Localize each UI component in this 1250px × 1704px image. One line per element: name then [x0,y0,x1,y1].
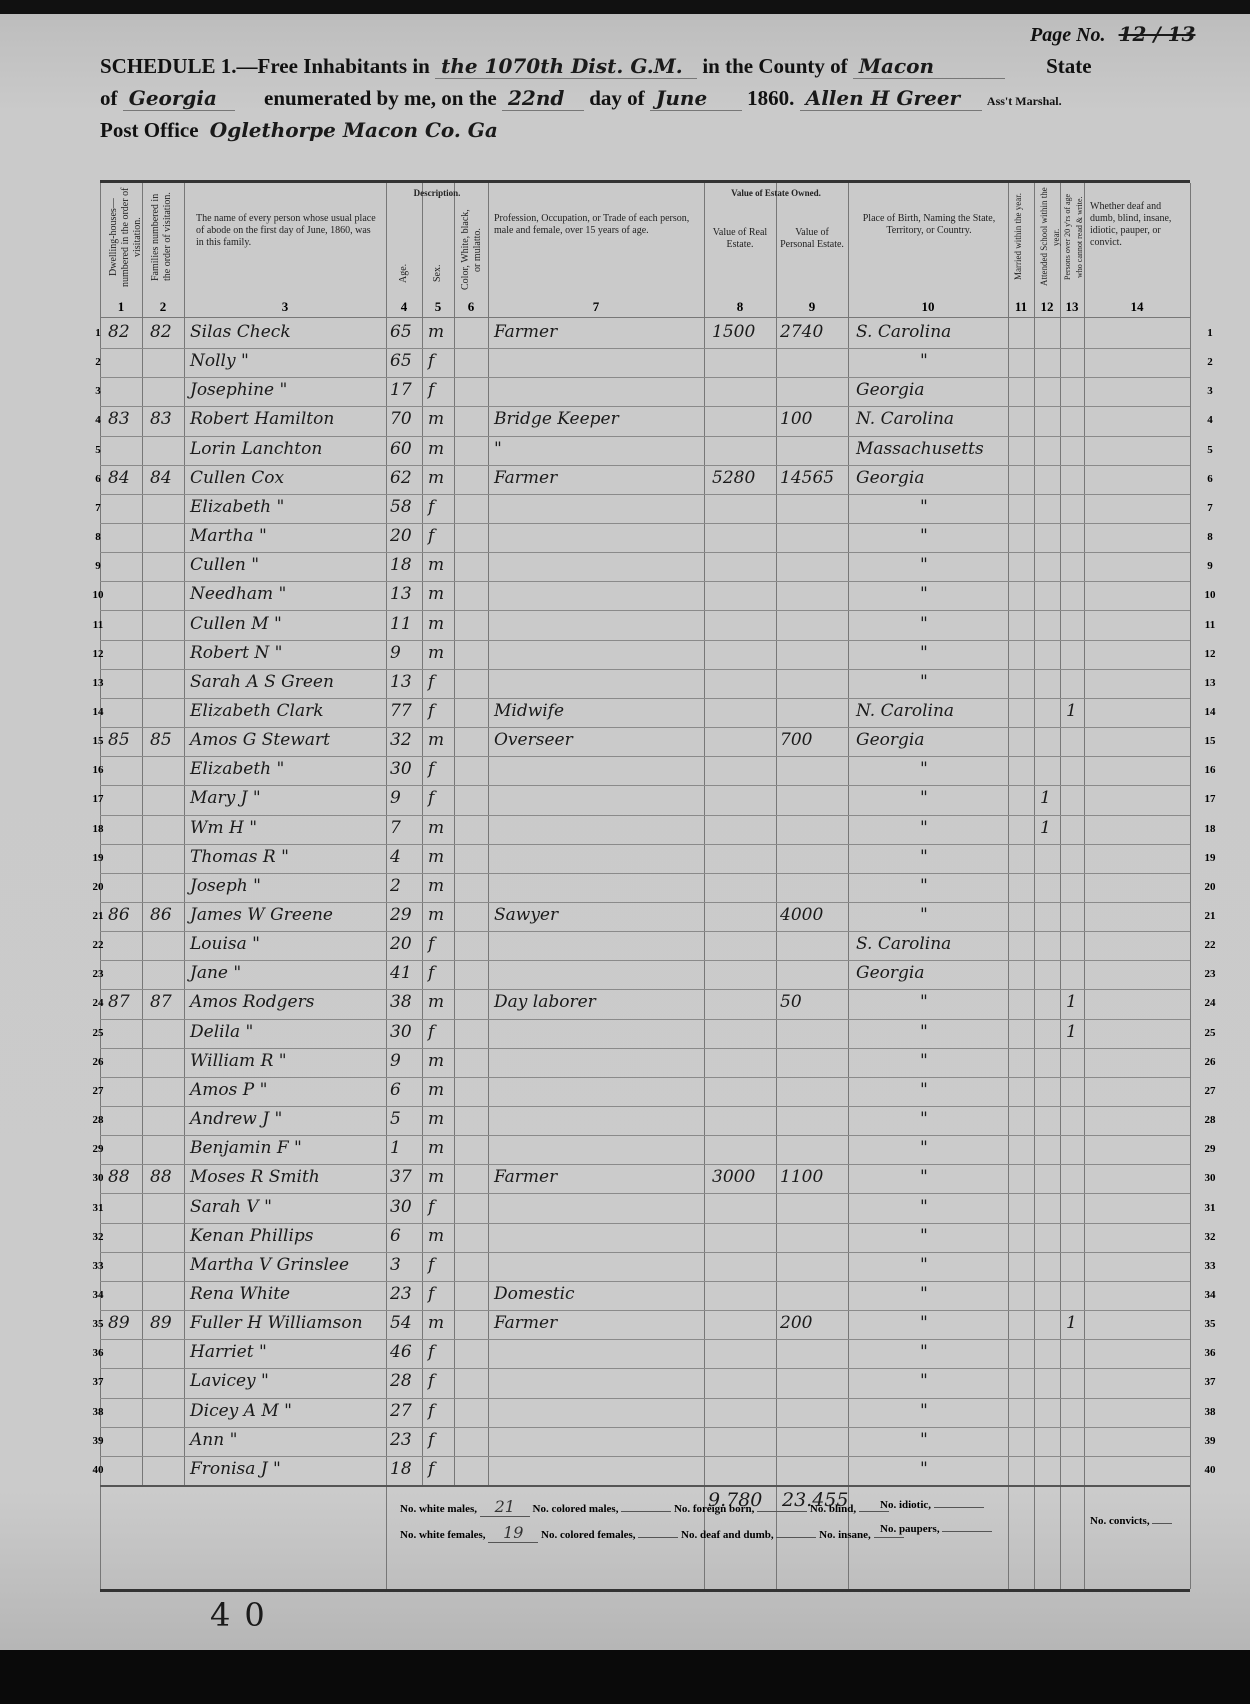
table-row: 30308888Moses R Smith37mFarmer30001100" [100,1164,1190,1194]
col-header-occupation: Profession, Occupation, or Trade of each… [494,213,698,237]
sex-cell: m [428,584,444,604]
line-number-right: 20 [1200,881,1220,893]
table-row: 3333Martha V Grinslee3f" [100,1252,1190,1282]
name-cell: Dicey A M " [190,1401,292,1421]
name-cell: Jane " [190,963,241,983]
illiterate-cell: 1 [1066,1313,1077,1333]
name-cell: Kenan Phillips [190,1226,313,1246]
state-field: Georgia [123,86,235,111]
line-number-left: 15 [88,735,108,747]
table-row: 2626William R "9m" [100,1048,1190,1078]
personal-estate-cell: 200 [780,1313,812,1333]
birthplace-cell: " [920,759,928,779]
name-cell: Lavicey " [190,1371,269,1391]
sex-cell: f [428,934,434,954]
name-cell: Martha " [190,526,267,546]
sex-cell: f [428,380,434,400]
paupers-value [942,1531,992,1532]
line-number-left: 40 [88,1464,108,1476]
day-of-label: day of [589,86,644,110]
line-number-right: 31 [1200,1202,1220,1214]
group-header-estate: Value of Estate Owned. [706,187,846,199]
convicts-label: No. convicts, [1090,1515,1150,1527]
table-row: 1919Thomas R "4m" [100,844,1190,874]
line-number-right: 39 [1200,1435,1220,1447]
sex-cell: m [428,1109,444,1129]
birthplace-cell: " [920,614,928,634]
line-number-left: 9 [88,560,108,572]
sex-cell: f [428,497,434,517]
name-cell: Mary J " [190,788,261,808]
asst-marshal-label: Ass't Marshal. [987,94,1062,108]
line-number-left: 8 [88,531,108,543]
table-row: 2525Delila "30f"1 [100,1019,1190,1049]
line-number-right: 18 [1200,823,1220,835]
birthplace-cell: " [920,1051,928,1071]
sex-cell: m [428,1051,444,1071]
sex-cell: m [428,847,444,867]
age-cell: 30 [390,1197,412,1217]
line-number-right: 5 [1200,444,1220,456]
sex-cell: m [428,555,444,575]
line-number-left: 17 [88,793,108,805]
family-cell: 86 [150,905,172,925]
age-cell: 6 [390,1226,401,1246]
col-header-personal-estate: Value of Personal Estate. [778,227,846,251]
birthplace-cell: N. Carolina [856,409,954,429]
col-num: 7 [488,299,704,315]
col-header-sex: Sex. [432,253,444,293]
line-number-left: 29 [88,1143,108,1155]
census-page: Page No. 12 / 13 SCHEDULE 1.—Free Inhabi… [0,14,1250,1656]
sex-cell: f [428,1371,434,1391]
line-number-left: 2 [88,356,108,368]
family-cell: 88 [150,1167,172,1187]
sex-cell: f [428,788,434,808]
personal-estate-cell: 100 [780,409,812,429]
col-header-family: Families numbered in the order of visita… [150,187,178,287]
family-cell: 84 [150,468,172,488]
birthplace-cell: " [920,788,928,808]
occupation-cell: Domestic [494,1284,575,1304]
line-number-right: 8 [1200,531,1220,543]
white-males-value: 21 [480,1497,530,1517]
occupation-cell: Farmer [494,1167,557,1187]
col-header-married: Married within the year. [1012,187,1032,287]
line-number-left: 20 [88,881,108,893]
district-field: the 1070th Dist. G.M. [435,54,697,79]
col-num: 13 [1060,299,1084,315]
grid-line [1190,183,1191,1589]
page-number-label: Page No. [1030,24,1106,46]
county-label: in the County of [702,54,847,78]
birthplace-cell: " [920,1022,928,1042]
table-row: 1717Mary J "9f"1 [100,785,1190,815]
birthplace-cell: " [920,672,928,692]
sex-cell: f [428,526,434,546]
line-number-left: 22 [88,939,108,951]
line-number-left: 32 [88,1231,108,1243]
age-cell: 28 [390,1371,412,1391]
sex-cell: m [428,643,444,663]
occupation-cell: " [494,439,502,459]
line-number-left: 37 [88,1376,108,1388]
birthplace-cell: " [920,1138,928,1158]
birthplace-cell: " [920,905,928,925]
table-row: 15158585Amos G Stewart32mOverseer700Geor… [100,727,1190,757]
birthplace-cell: " [920,1284,928,1304]
name-cell: Elizabeth " [190,497,284,517]
col-header-color: Color, White, black, or mulatto. [460,205,484,295]
birthplace-cell: " [920,1197,928,1217]
real-estate-cell: 3000 [712,1167,755,1187]
sex-cell: m [428,1167,444,1187]
name-cell: Thomas R " [190,847,289,867]
name-cell: Fuller H Williamson [190,1313,363,1333]
birthplace-cell: " [920,1167,928,1187]
line-number-right: 23 [1200,968,1220,980]
sex-cell: f [428,1022,434,1042]
name-cell: Robert Hamilton [190,409,334,429]
table-row: 88Martha "20f" [100,523,1190,553]
line-number-right: 36 [1200,1347,1220,1359]
schedule-label: SCHEDULE 1.—Free Inhabitants in [100,54,430,78]
birthplace-cell: " [920,584,928,604]
post-office-field: Oglethorpe Macon Co. Ga [204,118,596,142]
table-row: 448383Robert Hamilton70mBridge Keeper100… [100,406,1190,436]
personal-estate-total: 23.455 [782,1489,848,1511]
sex-cell: f [428,1459,434,1479]
age-cell: 23 [390,1430,412,1450]
name-cell: Robert N " [190,643,282,663]
col-header-dwelling: Dwelling-houses—numbered in the order of… [108,187,136,287]
name-cell: Louisa " [190,934,260,954]
age-cell: 77 [390,701,412,721]
name-cell: Cullen Cox [190,468,284,488]
birthplace-cell: S. Carolina [856,322,951,342]
table-row: 77Elizabeth "58f" [100,494,1190,524]
table-row: 3838Dicey A M "27f" [100,1398,1190,1428]
table-row: 3737Lavicey "28f" [100,1368,1190,1398]
dwelling-cell: 83 [108,409,130,429]
age-cell: 4 [390,847,401,867]
sex-cell: m [428,905,444,925]
table-row: 2727Amos P "6m" [100,1077,1190,1107]
header-line-2: of Georgia enumerated by me, on the 22nd… [100,86,1062,111]
dwelling-cell: 87 [108,992,130,1012]
dwelling-cell: 85 [108,730,130,750]
occupation-cell: Sawyer [494,905,558,925]
birthplace-cell: Georgia [856,468,924,488]
birthplace-cell: S. Carolina [856,934,951,954]
line-number-left: 35 [88,1318,108,1330]
age-cell: 60 [390,439,412,459]
name-cell: Elizabeth " [190,759,284,779]
line-number-left: 36 [88,1347,108,1359]
age-cell: 62 [390,468,412,488]
name-cell: Silas Check [190,322,291,342]
dwelling-cell: 82 [108,322,130,342]
occupation-cell: Bridge Keeper [494,409,619,429]
age-cell: 70 [390,409,412,429]
post-office-label: Post Office [100,118,199,142]
line-number-right: 11 [1200,619,1220,631]
name-cell: Nolly " [190,351,249,371]
sex-cell: m [428,818,444,838]
col-num: 6 [454,299,488,315]
foreign-born-value [757,1511,807,1512]
month-field: June [650,86,742,111]
enumerated-label: enumerated by me, on the [264,86,497,110]
sex-cell: f [428,672,434,692]
line-number-left: 10 [88,589,108,601]
line-number-left: 31 [88,1202,108,1214]
deaf-dumb-label: No. deaf and dumb, [681,1529,774,1541]
sex-cell: m [428,1080,444,1100]
age-cell: 41 [390,963,412,983]
school-cell: 1 [1040,818,1051,838]
line-number-right: 27 [1200,1085,1220,1097]
scan-bottom-border [0,1650,1250,1704]
sex-cell: f [428,351,434,371]
idiotic-label: No. idiotic, [880,1499,931,1511]
birthplace-cell: " [920,526,928,546]
line-number-right: 2 [1200,356,1220,368]
sex-cell: f [428,1430,434,1450]
table-row: 668484Cullen Cox62mFarmer528014565Georgi… [100,465,1190,495]
illiterate-cell: 1 [1066,701,1077,721]
family-cell: 87 [150,992,172,1012]
sex-cell: f [428,1284,434,1304]
age-cell: 18 [390,1459,412,1479]
age-cell: 20 [390,526,412,546]
line-number-right: 30 [1200,1172,1220,1184]
name-cell: Harriet " [190,1342,267,1362]
line-number-right: 26 [1200,1056,1220,1068]
insane-label: No. insane, [819,1529,871,1541]
sex-cell: m [428,614,444,634]
age-cell: 7 [390,818,401,838]
name-cell: Josephine " [190,380,287,400]
age-cell: 2 [390,876,401,896]
birthplace-cell: " [920,1255,928,1275]
name-cell: Elizabeth Clark [190,701,324,721]
table-row: 22Nolly "65f" [100,348,1190,378]
table-row: 4040Fronisa J "18f" [100,1456,1190,1486]
totals-line-2: No. white females, 19 No. colored female… [400,1523,904,1543]
sex-cell: f [428,1401,434,1421]
sex-cell: m [428,1313,444,1333]
line-number-right: 4 [1200,414,1220,426]
age-cell: 29 [390,905,412,925]
col-num: 5 [422,299,454,315]
table-row: 2222Louisa "20fS. Carolina [100,931,1190,961]
line-number-right: 6 [1200,473,1220,485]
table-row: 33Josephine "17fGeorgia [100,377,1190,407]
line-number-right: 34 [1200,1289,1220,1301]
real-estate-cell: 1500 [712,322,755,342]
name-cell: Delila " [190,1022,253,1042]
occupation-cell: Farmer [494,468,557,488]
name-cell: Rena White [190,1284,290,1304]
table-row: 55Lorin Lanchton60m"Massachusetts [100,436,1190,466]
family-cell: 82 [150,322,172,342]
name-cell: Ann " [190,1430,237,1450]
birthplace-cell: Massachusetts [856,439,984,459]
personal-estate-cell: 2740 [780,322,823,342]
birthplace-cell: " [920,847,928,867]
age-cell: 23 [390,1284,412,1304]
line-number-right: 38 [1200,1406,1220,1418]
line-number-right: 35 [1200,1318,1220,1330]
white-females-label: No. white females, [400,1529,486,1541]
line-number-right: 19 [1200,852,1220,864]
line-number-right: 22 [1200,939,1220,951]
table-row: 1818Wm H "7m"1 [100,815,1190,845]
line-number-right: 33 [1200,1260,1220,1272]
occupation-cell: Farmer [494,322,557,342]
age-cell: 37 [390,1167,412,1187]
sex-cell: m [428,992,444,1012]
line-number-right: 10 [1200,589,1220,601]
birthplace-cell: Georgia [856,963,924,983]
sex-cell: f [428,1255,434,1275]
table-row: 1616Elizabeth "30f" [100,756,1190,786]
illiterate-cell: 1 [1066,992,1077,1012]
year-label: 1860. [747,86,794,110]
white-females-value: 19 [488,1523,538,1543]
age-cell: 18 [390,555,412,575]
line-number-left: 34 [88,1289,108,1301]
line-number-left: 24 [88,997,108,1009]
line-number-right: 25 [1200,1027,1220,1039]
table-row: 1111Cullen M "11m" [100,611,1190,641]
name-cell: Andrew J " [190,1109,282,1129]
line-number-right: 1 [1200,327,1220,339]
dwelling-cell: 86 [108,905,130,925]
line-number-left: 4 [88,414,108,426]
line-number-left: 19 [88,852,108,864]
line-number-left: 30 [88,1172,108,1184]
age-cell: 1 [390,1138,401,1158]
line-number-left: 21 [88,910,108,922]
col-num: 2 [142,299,184,315]
col-header-real-estate: Value of Real Estate. [706,227,774,251]
col-num: 14 [1084,299,1190,315]
name-cell: Martha V Grinslee [190,1255,349,1275]
birthplace-cell: " [920,1226,928,1246]
table-row: 99Cullen "18m" [100,552,1190,582]
line-number-left: 13 [88,677,108,689]
col-header-school: Attended School within the year. [1038,187,1058,287]
line-number-left: 7 [88,502,108,514]
table-row: 1414Elizabeth Clark77fMidwifeN. Carolina… [100,698,1190,728]
day-field: 22nd [502,86,584,111]
line-number-left: 33 [88,1260,108,1272]
table-row: 3636Harriet "46f" [100,1339,1190,1369]
birthplace-cell: " [920,1109,928,1129]
census-table: Dwelling-houses—numbered in the order of… [100,180,1190,1592]
age-cell: 32 [390,730,412,750]
name-cell: Amos Rodgers [190,992,314,1012]
dwelling-cell: 84 [108,468,130,488]
birthplace-cell: " [920,351,928,371]
table-row: 1313Sarah A S Green13f" [100,669,1190,699]
age-cell: 30 [390,759,412,779]
birthplace-cell: " [920,643,928,663]
sex-cell: f [428,701,434,721]
age-cell: 5 [390,1109,401,1129]
personal-estate-cell: 1100 [780,1167,823,1187]
deaf-dumb-value [776,1537,816,1538]
name-cell: Amos G Stewart [190,730,330,750]
name-cell: Sarah A S Green [190,672,334,692]
col-num: 1 [100,299,142,315]
county-field: Macon [853,54,1005,79]
table-row: 2929Benjamin F "1m" [100,1135,1190,1165]
personal-estate-cell: 4000 [780,905,823,925]
age-cell: 30 [390,1022,412,1042]
col-num: 11 [1008,299,1034,315]
line-number-right: 29 [1200,1143,1220,1155]
marshal-field: Allen H Greer [800,86,982,111]
line-number-left: 11 [88,619,108,631]
col-num: 3 [184,299,386,315]
table-row: 24248787Amos Rodgers38mDay laborer50"1 [100,989,1190,1019]
colored-males-value [621,1511,671,1512]
personal-estate-cell: 50 [780,992,802,1012]
birthplace-cell: " [920,992,928,1012]
line-number-left: 1 [88,327,108,339]
personal-estate-cell: 700 [780,730,812,750]
sex-cell: f [428,963,434,983]
age-cell: 9 [390,643,401,663]
col-num: 8 [704,299,776,315]
line-number-right: 17 [1200,793,1220,805]
real-estate-cell: 5280 [712,468,755,488]
paupers-line: No. paupers, [880,1523,992,1535]
age-cell: 46 [390,1342,412,1362]
age-cell: 9 [390,788,401,808]
line-number-right: 14 [1200,706,1220,718]
table-row: 2828Andrew J "5m" [100,1106,1190,1136]
header-divider [100,317,1190,318]
line-number-right: 24 [1200,997,1220,1009]
dwelling-cell: 88 [108,1167,130,1187]
line-number-left: 39 [88,1435,108,1447]
totals-divider [100,1485,1190,1487]
header-line-1: SCHEDULE 1.—Free Inhabitants in the 1070… [100,54,1092,79]
name-cell: Moses R Smith [190,1167,320,1187]
age-cell: 65 [390,351,412,371]
insane-value [874,1537,904,1538]
page-count-note: 40 [210,1596,279,1634]
age-cell: 11 [390,614,412,634]
occupation-cell: Overseer [494,730,573,750]
name-cell: Sarah V " [190,1197,272,1217]
birthplace-cell: " [920,1313,928,1333]
name-cell: Needham " [190,584,286,604]
name-cell: Fronisa J " [190,1459,281,1479]
line-number-left: 28 [88,1114,108,1126]
personal-estate-cell: 14565 [780,468,834,488]
sex-cell: m [428,876,444,896]
occupation-cell: Midwife [494,701,564,721]
birthplace-cell: " [920,818,928,838]
line-number-left: 27 [88,1085,108,1097]
line-number-left: 6 [88,473,108,485]
table-row: 118282Silas Check65mFarmer15002740S. Car… [100,319,1190,349]
